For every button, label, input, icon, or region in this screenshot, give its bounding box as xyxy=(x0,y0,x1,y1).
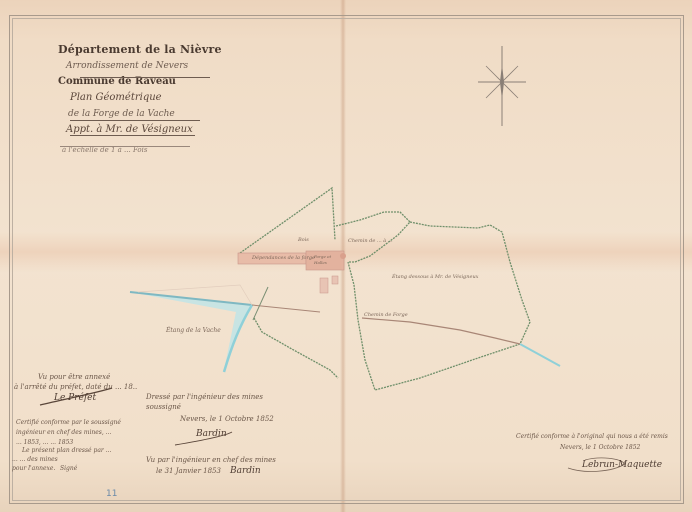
label-parcel-bois: Bois xyxy=(298,237,309,243)
left-note-line1: Vu pour être annexé xyxy=(38,372,110,382)
outbuilding xyxy=(332,276,338,284)
label-east-pond: Étang dessous à Mr. de Vésigneux xyxy=(392,274,478,280)
parcel-boundary-south xyxy=(254,318,338,378)
middle-note-line3: Vu par l'ingénieur en chef des mines xyxy=(146,455,276,465)
right-note-signature: Lebrun-Maquette xyxy=(582,460,662,470)
left-note-body6: pour l'annexe. xyxy=(12,464,55,474)
middle-note-line4: le 31 Janvier 1853 xyxy=(156,466,221,476)
outflow-stream xyxy=(520,344,560,366)
middle-note-line1: Dressé par l'ingénieur des mines xyxy=(146,392,263,402)
left-note-signature2: Signé xyxy=(60,464,77,474)
label-forge-building: Forge et Halles xyxy=(314,254,340,266)
mill-wheel xyxy=(340,253,346,259)
label-east-road: Chemin de Forge xyxy=(364,312,408,318)
label-canal-building: Dépendances de la forge xyxy=(252,255,315,261)
left-note-line2: à l'arrêté du préfet, daté du ... 18.. xyxy=(14,382,137,392)
compass-rose-icon xyxy=(478,46,526,126)
middle-note-line2: soussigné xyxy=(146,402,181,412)
outbuilding xyxy=(320,278,328,293)
right-note-line1: Certifié conforme à l'original qui nous … xyxy=(516,432,668,442)
left-note-signature: Le Préfet xyxy=(54,393,96,403)
road-east xyxy=(362,318,520,344)
parcel-boundary-north xyxy=(240,188,335,253)
middle-note-signature: Bardin xyxy=(196,429,227,439)
label-road-north: Chemin de ... à ... xyxy=(348,238,393,244)
road-west xyxy=(252,305,320,312)
middle-note-signature2: Bardin xyxy=(230,466,261,476)
left-note-body2: ingénieur en chef des mines, ... xyxy=(16,428,111,438)
parcel-boundary-central xyxy=(336,212,410,262)
right-note-line2: Nevers, le 1 Octobre 1852 xyxy=(560,443,640,453)
folio-mark: 11 xyxy=(106,489,117,499)
middle-note-date: Nevers, le 1 Octobre 1852 xyxy=(180,414,274,424)
label-west-pond: Étang de la Vache xyxy=(166,327,221,334)
left-note-body1: Certifié conforme par le soussigné xyxy=(16,418,121,428)
parcel-boundary-east-pond xyxy=(348,222,530,390)
